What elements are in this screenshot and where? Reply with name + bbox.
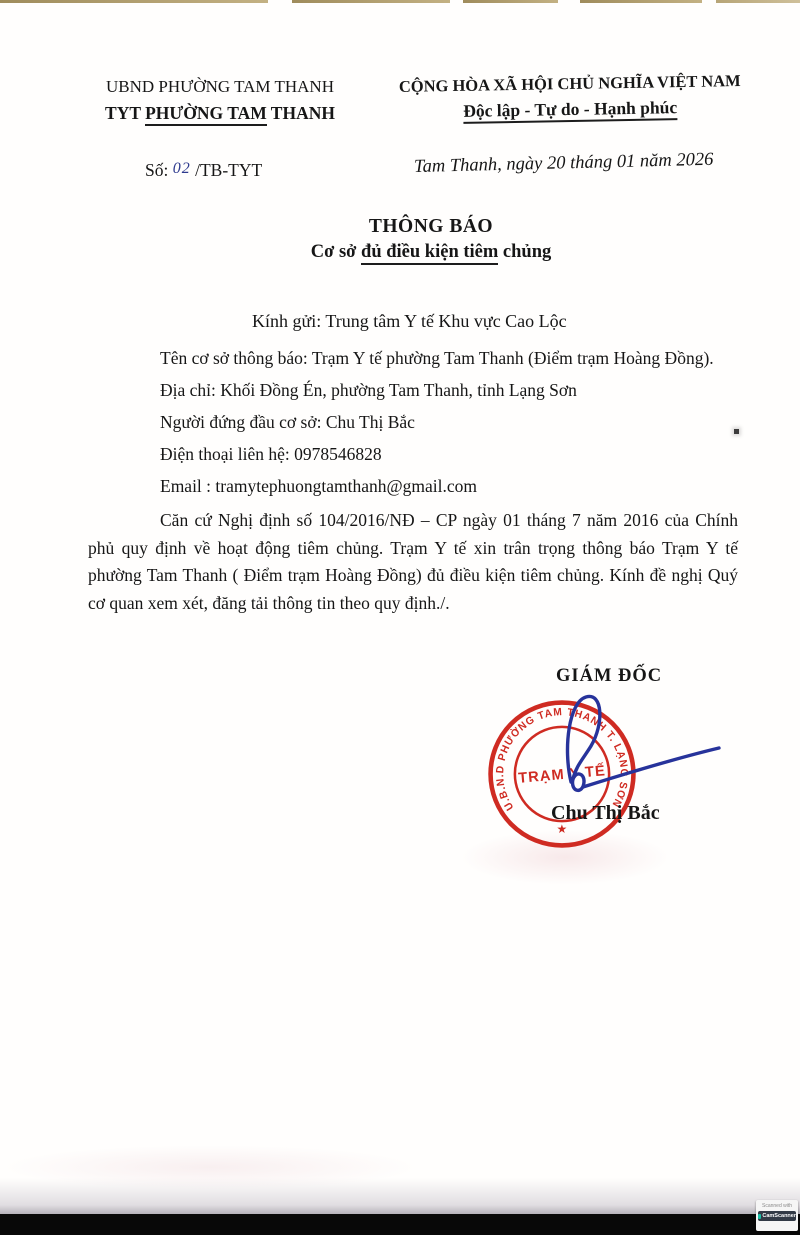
address-line: Địa chỉ: Khối Đồng Én, phường Tam Thanh,… [88,376,738,404]
scanned-document-page: UBND PHƯỜNG TAM THANH TYT PHƯỜNG TAM THA… [0,0,800,1235]
document-number: Số: 02 /TB-TYT [145,160,262,181]
phone-line: Điện thoại liên hệ: 0978546828 [88,440,738,468]
document-body: Tên cơ sở thông báo: Trạm Y tế phường Ta… [88,344,738,635]
camscanner-watermark: Scanned with CamScanner [756,1200,798,1231]
document-title: THÔNG BÁO [62,216,800,238]
place-and-date: Tam Thanh, ngày 20 tháng 01 năm 2026 [414,149,744,178]
subtitle-underlined: đủ điều kiện tiêm [361,242,498,265]
org-name-suffix: THANH [267,103,335,123]
subtitle-suffix: chủng [498,242,551,262]
document-number-suffix: /TB-TYT [191,160,262,180]
org-name-prefix: TYT [105,103,145,123]
signer-position-title: GIÁM ĐỐC [556,666,662,687]
facility-name-line: Tên cơ sở thông báo: Trạm Y tế phường Ta… [88,344,738,372]
scan-edge-artifact [0,0,268,3]
watermark-brand-text: CamScanner [762,1212,796,1221]
head-of-facility-line: Người đứng đầu cơ sở: Chu Thị Bắc [88,408,738,436]
document-number-handwritten: 02 [173,160,191,177]
subtitle-prefix: Cơ sở [311,242,361,262]
signature-tail-stroke [583,748,719,787]
watermark-scanned-with: Scanned with [756,1203,798,1209]
scan-black-band [0,1214,800,1235]
scan-shadow-band [0,1178,800,1214]
camscanner-logo-icon [758,1214,761,1219]
document-title-block: THÔNG BÁO Cơ sở đủ điều kiện tiêm chủng [0,216,800,263]
watermark-brand: CamScanner [758,1211,796,1221]
scan-edge-artifact [580,0,702,3]
document-subtitle: Cơ sở đủ điều kiện tiêm chủng [62,242,800,263]
national-header-block: CỘNG HÒA XÃ HỘI CHỦ NGHĨA VIỆT NAM Độc l… [368,68,773,125]
signature-loop-stroke [567,696,599,782]
scan-edge-artifact [463,0,558,3]
recipient-line: Kính gửi: Trung tâm Y tế Khu vực Cao Lộc [252,311,567,332]
scan-edge-artifact [292,0,450,3]
signer-name: Chu Thị Bắc [551,802,660,825]
scan-edge-artifact [716,0,800,3]
parent-org-name: UBND PHƯỜNG TAM THANH [88,74,352,100]
handwritten-signature [523,686,728,816]
document-number-label: Số: [145,160,173,180]
email-line: Email : tramytephuongtamthanh@gmail.com [88,472,738,500]
org-name: TYT PHƯỜNG TAM THANH [88,100,352,126]
national-motto-underlined: Độc lập - Tự do - Hạnh phúc [463,97,677,124]
issuing-org-block: UBND PHƯỜNG TAM THANH TYT PHƯỜNG TAM THA… [88,74,352,126]
org-name-underlined: PHƯỜNG TAM [145,103,267,126]
signature-ink [523,686,728,816]
main-paragraph: Căn cứ Nghị định số 104/2016/NĐ – CP ngà… [88,507,738,617]
